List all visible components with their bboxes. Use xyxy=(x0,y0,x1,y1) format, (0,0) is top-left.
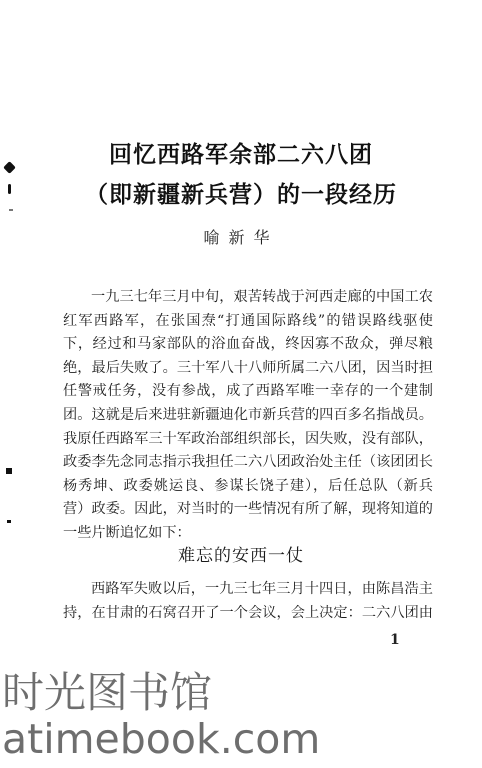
text-line: 团。这就是后来进驻新疆迪化市新兵营的四百多名指战员。 xyxy=(63,404,433,428)
scanned-page: 回忆西路军余部二六八团 （即新疆新兵营）的一段经历 喻新华 一九三七年三月中旬，… xyxy=(0,0,482,768)
article-title-line-1: 回忆西路军余部二六八团 xyxy=(0,136,482,169)
text-line: 营）政委。因此，对当时的一些情况有所了解，现将知道的 xyxy=(63,498,433,522)
text-line: 红军西路军，在张国焘“打通国际路线”的错误路线驱使 xyxy=(63,310,433,334)
text-line: 一九三七年三月中旬，艰苦转战于河西走廊的中国工农 xyxy=(63,286,433,310)
section-heading: 难忘的安西一仗 xyxy=(0,541,482,566)
watermark-site-name: 时光图书馆 xyxy=(2,660,212,720)
text-line: 我原任西路军三十军政治部组织部长，因失败，没有部队， xyxy=(63,428,433,452)
page-number: 1 xyxy=(390,632,400,648)
text-line: 持，在甘肃的石窝召开了一个会议，会上决定：二六八团由 xyxy=(63,602,433,626)
text-line: 下，经过和马家部队的浴血奋战，终因寡不敌众，弹尽粮 xyxy=(63,333,433,357)
paragraph-section-1: 西路军失败以后，一九三七年三月十四日，由陈昌浩主 持，在甘肃的石窝召开了一个会议… xyxy=(63,578,433,625)
text-line: 杨秀坤、政委姚运良、参谋长饶子建），后任总队（新兵 xyxy=(63,475,433,499)
text-line: 西路军失败以后，一九三七年三月十四日，由陈昌浩主 xyxy=(63,578,433,602)
margin-ink-mark xyxy=(7,520,11,523)
article-title-line-2: （即新疆新兵营）的一段经历 xyxy=(0,176,482,209)
text-line: 任警戒任务，没有参战，成了西路军唯一幸存的一个建制 xyxy=(63,380,433,404)
text-line: 绝，最后失败了。三十军八十八师所属二六八团，因当时担 xyxy=(63,357,433,381)
text-line: 政委李先念同志指示我担任二六八团政治处主任（该团团长 xyxy=(63,451,433,475)
margin-ink-mark xyxy=(9,209,13,211)
watermark-site-url: atimebook.com xyxy=(2,715,320,763)
paragraph-intro: 一九三七年三月中旬，艰苦转战于河西走廊的中国工农 红军西路军，在张国焘“打通国际… xyxy=(63,286,433,546)
margin-ink-mark xyxy=(6,468,12,474)
author-name: 喻新华 xyxy=(0,225,482,248)
